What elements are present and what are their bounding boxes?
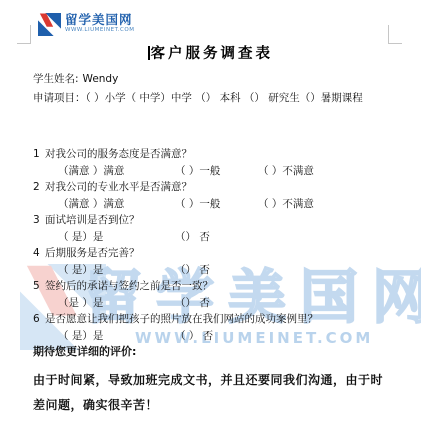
z-logo-icon: [38, 13, 61, 36]
answer-row-4: （ 是）是 （） 否: [33, 262, 405, 279]
option-no[interactable]: （ ） 否: [175, 328, 258, 345]
feedback-prompt: 期待您更详细的评价:: [33, 343, 136, 359]
question-text: 是否愿意让我们把孩子的照片放在我们网站的成功案例里？: [45, 313, 318, 325]
question-3: 3面试培训是否到位？: [33, 212, 405, 229]
question-number: 1: [33, 146, 45, 163]
answer-row-1: （满意 ）满意 （ ）一般 （ ）不满意: [33, 163, 405, 180]
question-number: 2: [33, 179, 45, 196]
question-number: 4: [33, 245, 45, 262]
option-yes[interactable]: （是 ）是: [58, 295, 175, 312]
student-name-value[interactable]: Wendy: [83, 73, 119, 85]
option-yes[interactable]: （ 是）是: [58, 262, 175, 279]
option-satisfied[interactable]: （满意 ）满意: [58, 163, 175, 180]
logo-brand-name: 留学美国网: [65, 13, 134, 27]
document-content: 留学美国网 WWW.LIUMEINET.COM 客户服务调查表 学生姓名:Wen…: [0, 0, 421, 437]
option-yes[interactable]: （ 是）是: [58, 328, 175, 345]
option-yes[interactable]: （ 是）是: [58, 229, 175, 246]
question-text: 后期服务是否完善？: [45, 247, 140, 259]
student-name-line: 学生姓名:Wendy: [33, 71, 118, 86]
option-no[interactable]: （） 否: [175, 262, 258, 279]
question-text: 签约后的承诺与签约之前是否一致？: [45, 280, 213, 292]
answer-row-3: （ 是）是 （） 否: [33, 229, 405, 246]
answer-row-6: （ 是）是 （ ） 否: [33, 328, 405, 345]
option-unsatisfied[interactable]: （ ）不满意: [258, 196, 405, 213]
answer-row-5: （是 ）是 （） 否: [33, 295, 405, 312]
option-unsatisfied[interactable]: （ ）不满意: [258, 163, 405, 180]
company-logo: 留学美国网 WWW.LIUMEINET.COM: [38, 13, 134, 36]
question-4: 4后期服务是否完善？: [33, 245, 405, 262]
question-number: 3: [33, 212, 45, 229]
option-satisfied[interactable]: （满意 ）满意: [58, 196, 175, 213]
option-no[interactable]: （） 否: [175, 229, 258, 246]
logo-url: WWW.LIUMEINET.COM: [65, 27, 134, 34]
document-page: 留学美国网 WWW.LIUMEINET.COM 留学美国网 WWW.LIUMEI…: [0, 0, 421, 437]
program-selection-line[interactable]: 申请项目：（ ）小学（ 中学）中学 （） 本科 （） 研究生（）暑期课程: [33, 90, 383, 108]
page-title: 客户服务调查表: [0, 42, 421, 63]
question-number: 6: [33, 311, 45, 328]
answer-row-2: （满意 ）满意 （ ）一般 （ ）不满意: [33, 196, 405, 213]
option-neutral[interactable]: （ ）一般: [175, 196, 258, 213]
question-6: 6是否愿意让我们把孩子的照片放在我们网站的成功案例里？: [33, 311, 405, 328]
question-text: 对我公司的服务态度是否满意？: [45, 148, 192, 160]
logo-text-block: 留学美国网 WWW.LIUMEINET.COM: [65, 13, 134, 34]
feedback-text[interactable]: 由于时间紧，导致加班完成文书，并且还要同我们沟通，由于时差问题，确实很辛苦！: [33, 368, 395, 418]
option-neutral[interactable]: （ ）一般: [175, 163, 258, 180]
question-text: 面试培训是否到位？: [45, 214, 140, 226]
text-cursor: [148, 46, 150, 60]
option-no[interactable]: （） 否: [175, 295, 258, 312]
question-list: 1对我公司的服务态度是否满意？ （满意 ）满意 （ ）一般 （ ）不满意 2对我…: [33, 146, 405, 344]
question-5: 5签约后的承诺与签约之前是否一致？: [33, 278, 405, 295]
question-number: 5: [33, 278, 45, 295]
question-1: 1对我公司的服务态度是否满意？: [33, 146, 405, 163]
question-2: 2对我公司的专业水平是否满意？: [33, 179, 405, 196]
student-name-label: 学生姓名:: [33, 73, 79, 85]
question-text: 对我公司的专业水平是否满意？: [45, 181, 192, 193]
page-title-text: 客户服务调查表: [151, 46, 274, 62]
